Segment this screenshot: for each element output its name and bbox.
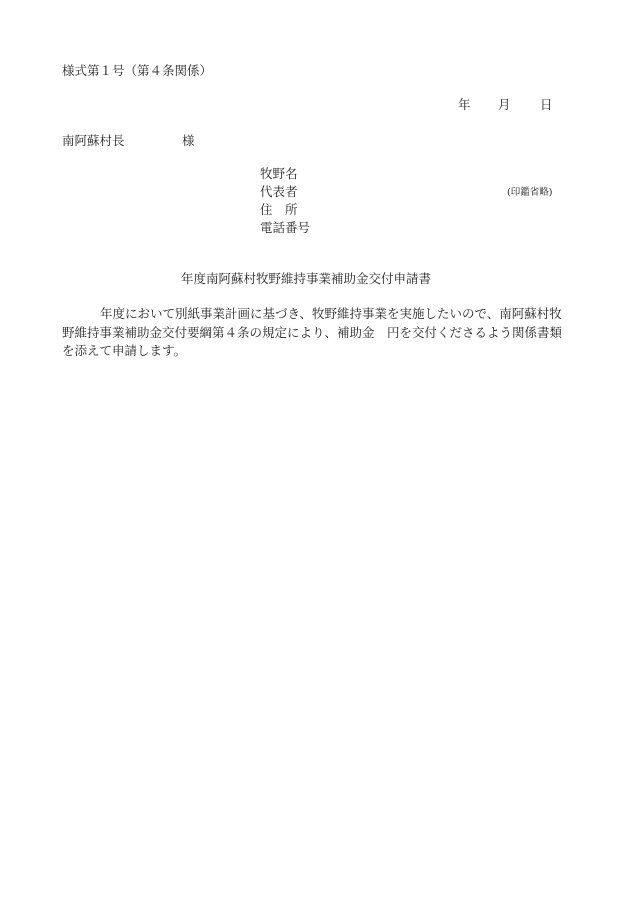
date-year-label: 年 (458, 99, 471, 112)
addressee-name: 南阿蘇村長 (62, 133, 125, 148)
form-number: 様式第１号（第４条関係） (62, 65, 212, 78)
addressee-honorific: 様 (182, 135, 195, 148)
farm-name-label: 牧野名 (260, 168, 298, 181)
body-paragraph: 年度において別紙事業計画に基づき、牧野維持事業を実施したいので、南阿蘇村牧野維持… (62, 305, 572, 361)
phone-label: 電話番号 (260, 222, 310, 235)
date-month-label: 月 (498, 99, 511, 112)
document-title: 年度南阿蘇村牧野維持事業補助金交付申請書 (181, 273, 431, 286)
seal-note: (印鑑省略) (507, 188, 552, 198)
address-label: 住 所 (260, 204, 298, 217)
addressee: 南阿蘇村長 様 (62, 135, 125, 148)
date-day-label: 日 (540, 99, 553, 112)
representative-label: 代表者 (260, 186, 298, 199)
